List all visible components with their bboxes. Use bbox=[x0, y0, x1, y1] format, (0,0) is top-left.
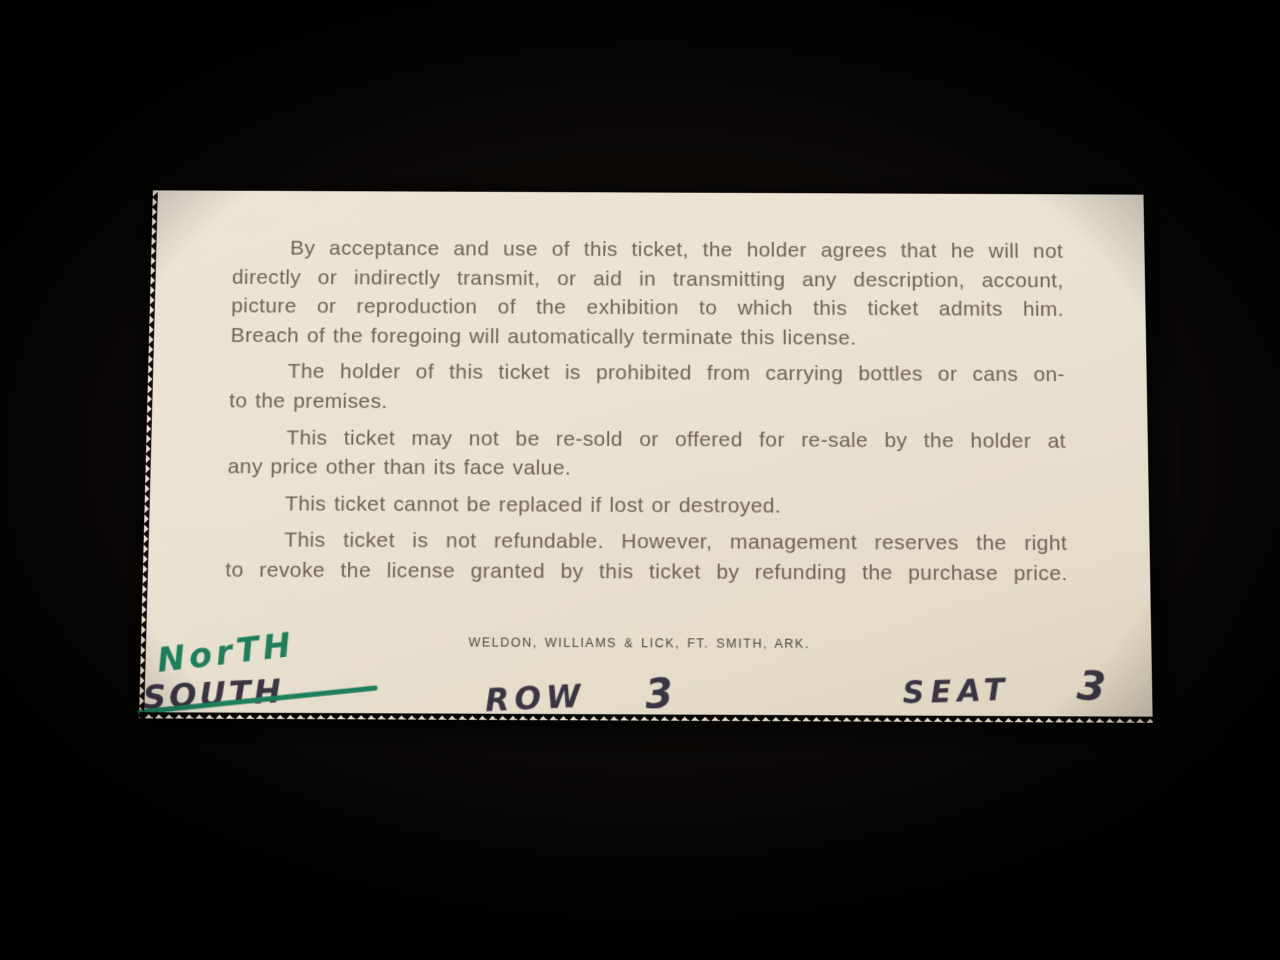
terms-line: By acceptance and use of this ticket, th… bbox=[232, 234, 1063, 267]
handwritten-seat-value: 3 bbox=[1075, 662, 1107, 712]
terms-line: This ticket is not refundable. However, … bbox=[226, 526, 1068, 559]
terms-line: any price other than its face value. bbox=[227, 452, 1066, 485]
terms-paragraph: By acceptance and use of this ticket, th… bbox=[230, 234, 1064, 354]
handwritten-row-value: 3 bbox=[643, 670, 674, 719]
ticket-back: By acceptance and use of this ticket, th… bbox=[139, 190, 1153, 722]
terms-line: directly or indirectly transmit, or aid … bbox=[232, 263, 1064, 296]
terms-line: picture or reproduction of the exhibitio… bbox=[231, 292, 1064, 325]
handwritten-seat-label: SEAT bbox=[902, 672, 1011, 711]
terms-paragraph: This ticket may not be re-sold or offere… bbox=[227, 423, 1066, 486]
terms-line: This ticket cannot be replaced if lost o… bbox=[227, 489, 1067, 522]
terms-line: to the premises. bbox=[229, 386, 1066, 419]
terms-paragraph: This ticket is not refundable. However, … bbox=[225, 526, 1068, 589]
terms-text: By acceptance and use of this ticket, th… bbox=[225, 234, 1068, 596]
terms-line: to revoke the license granted by this ti… bbox=[225, 555, 1068, 589]
photo-background: By acceptance and use of this ticket, th… bbox=[0, 0, 1280, 960]
terms-line: The holder of this ticket is prohibited … bbox=[230, 357, 1066, 390]
terms-line: Breach of the foregoing will automatical… bbox=[230, 321, 1064, 354]
terms-paragraph: This ticket cannot be replaced if lost o… bbox=[227, 489, 1067, 522]
terms-line: This ticket may not be re-sold or offere… bbox=[228, 423, 1066, 456]
perforation-edge-bottom bbox=[139, 712, 1153, 724]
terms-paragraph: The holder of this ticket is prohibited … bbox=[229, 357, 1066, 419]
